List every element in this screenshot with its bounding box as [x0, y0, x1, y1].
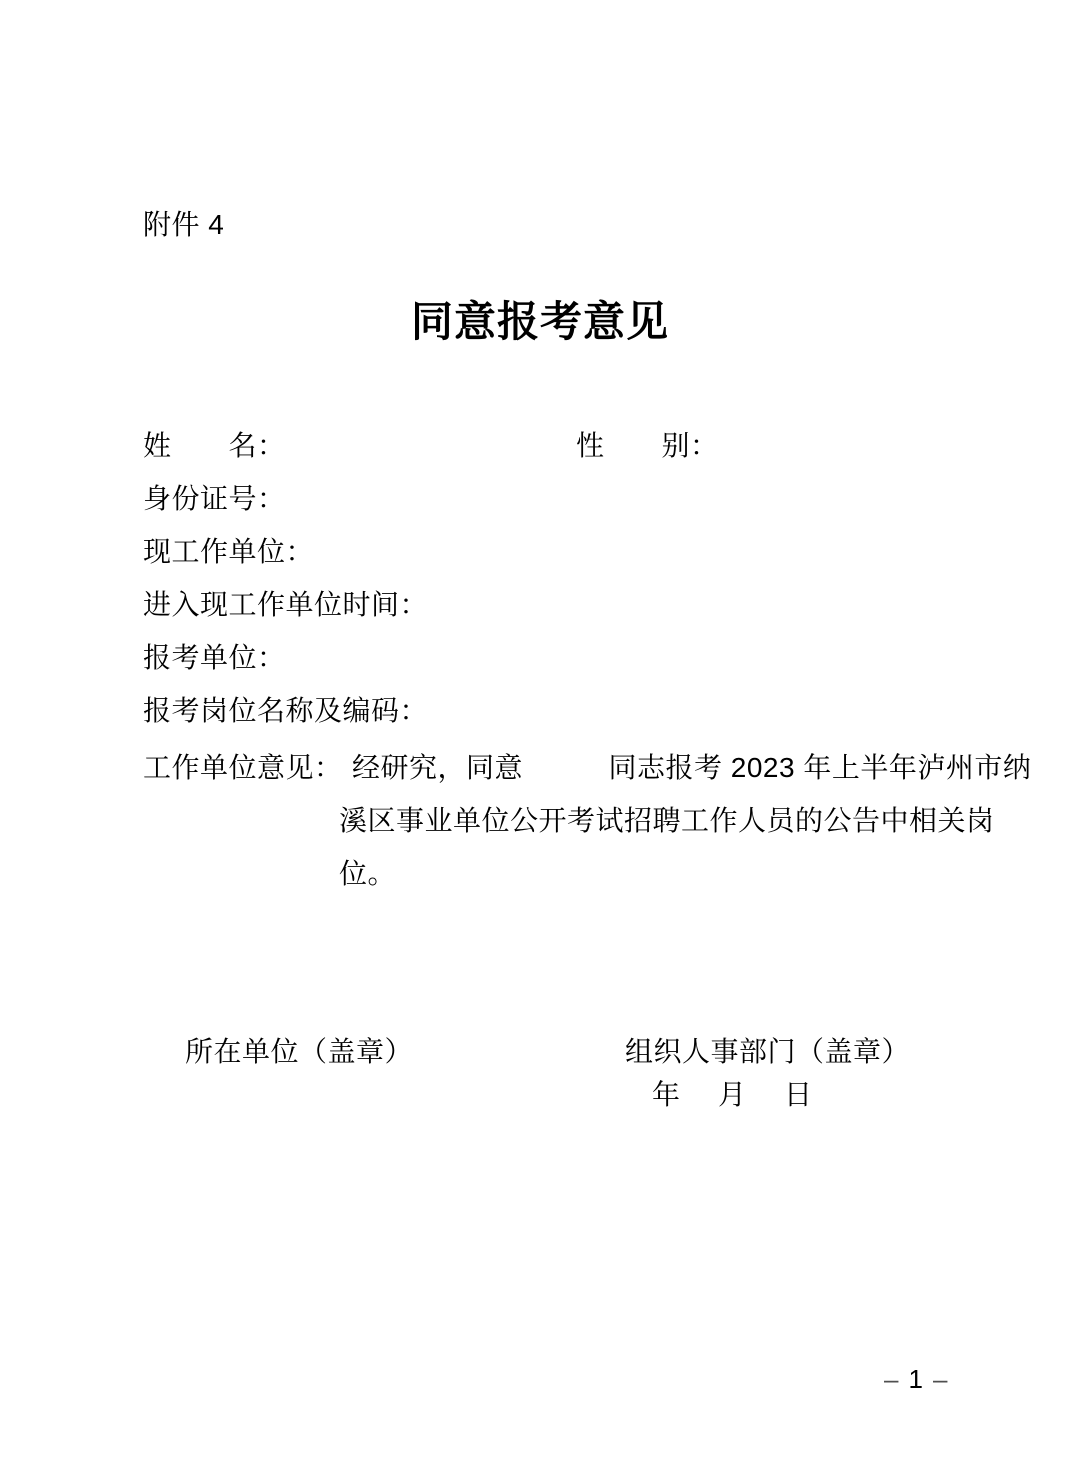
opinion-label: 工作单位意见：	[143, 754, 343, 782]
field-current-employer-label: 现工作单位：	[143, 538, 314, 566]
attachment-label: 附件 4	[143, 211, 224, 239]
hr-department-stamp-label: 组织人事部门（盖章）	[625, 1038, 910, 1066]
page-number-dash-left: –	[884, 1366, 898, 1392]
opinion-line-2: 溪区事业单位公开考试招聘工作人员的公告中相关岗	[339, 807, 995, 835]
document-page: 附件 4 同意报考意见 姓 名： 性 别： 身份证号： 现工作单位： 进入现工作…	[0, 0, 1080, 1483]
page-number: – 1 –	[884, 1366, 947, 1392]
page-number-value: 1	[908, 1366, 922, 1392]
date-line: 年 月 日	[652, 1081, 817, 1109]
employer-stamp-label: 所在单位（盖章）	[185, 1038, 413, 1066]
document-title: 同意报考意见	[0, 301, 1080, 343]
field-id-number-label: 身份证号：	[143, 485, 286, 513]
field-name-label: 姓 名：	[143, 432, 286, 460]
opinion-line-3: 位。	[339, 860, 396, 888]
field-applied-unit-label: 报考单位：	[143, 644, 286, 672]
page-number-dash-right: –	[933, 1366, 947, 1392]
field-applied-position-code-label: 报考岗位名称及编码：	[143, 697, 428, 725]
opinion-line-1: 经研究，同意 同志报考 2023 年上半年泸州市纳	[352, 754, 1031, 782]
field-gender-label: 性 别：	[576, 432, 719, 460]
field-employer-entry-time-label: 进入现工作单位时间：	[143, 591, 428, 619]
